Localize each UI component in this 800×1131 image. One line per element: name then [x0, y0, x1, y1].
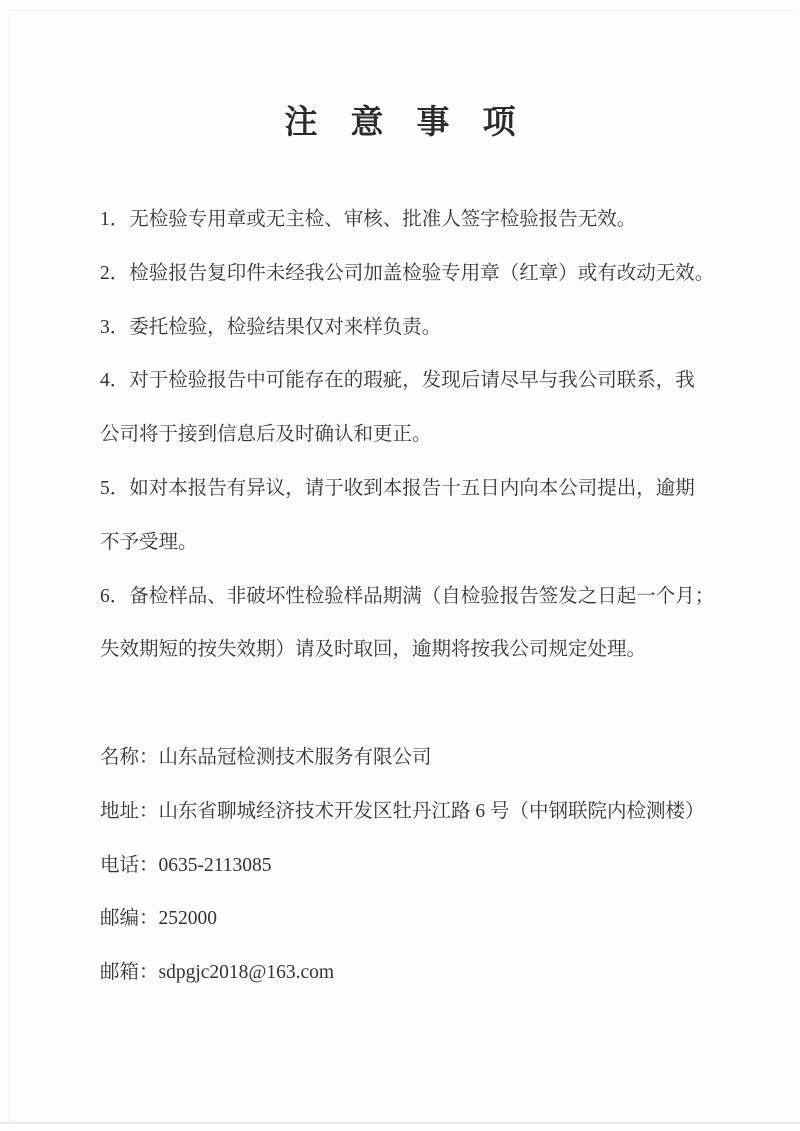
spacer-line: [100, 677, 760, 731]
contact-phone-value: 0635-2113085: [159, 855, 272, 876]
contact-postcode-value: 252000: [159, 908, 218, 929]
contact-name-label: 名称：: [100, 747, 159, 768]
note-item-4-line-2: 公司将于接到信息后及时确认和更正。: [100, 408, 760, 462]
contact-name-line: 名称：山东品冠检测技术服务有限公司: [100, 731, 760, 785]
scan-edge-left: [9, 10, 10, 1123]
note-item-2: 2．检验报告复印件未经我公司加盖检验专用章（红章）或有改动无效。: [100, 247, 760, 301]
document-page: 注 意 事 项 1．无检验专用章或无主检、审核、批准人签字检验报告无效。 2．检…: [0, 0, 800, 1131]
note-item-5-line-2: 不予受理。: [100, 516, 760, 570]
contact-email-line: 邮箱：sdpgjc2018@163.com: [100, 946, 760, 1000]
contact-address-value: 山东省聊城经济技术开发区牡丹江路 6 号（中钢联院内检测楼）: [159, 801, 705, 822]
note-item-5-line-1: 5．如对本报告有异议，请于收到本报告十五日内向本公司提出，逾期: [100, 462, 760, 516]
contact-postcode-label: 邮编：: [100, 908, 159, 929]
contact-address-line: 地址：山东省聊城经济技术开发区牡丹江路 6 号（中钢联院内检测楼）: [100, 785, 760, 839]
contact-name-value: 山东品冠检测技术服务有限公司: [159, 747, 432, 768]
scan-edge-bottom: [0, 1122, 800, 1124]
contact-postcode-line: 邮编：252000: [100, 892, 760, 946]
document-body: 1．无检验专用章或无主检、审核、批准人签字检验报告无效。 2．检验报告复印件未经…: [100, 193, 760, 1000]
contact-phone-label: 电话：: [100, 855, 159, 876]
note-item-1: 1．无检验专用章或无主检、审核、批准人签字检验报告无效。: [100, 193, 760, 247]
note-item-3: 3．委托检验，检验结果仅对来样负责。: [100, 301, 760, 355]
contact-email-value: sdpgjc2018@163.com: [159, 962, 335, 983]
contact-phone-line: 电话：0635-2113085: [100, 839, 760, 893]
contact-email-label: 邮箱：: [100, 962, 159, 983]
contact-address-label: 地址：: [100, 801, 159, 822]
note-item-6-line-1: 6．备检样品、非破坏性检验样品期满（自检验报告签发之日起一个月；: [100, 570, 760, 624]
note-item-4-line-1: 4．对于检验报告中可能存在的瑕疵，发现后请尽早与我公司联系，我: [100, 354, 760, 408]
note-item-6-line-2: 失效期短的按失效期）请及时取回，逾期将按我公司规定处理。: [100, 623, 760, 677]
scan-edge-top: [10, 10, 794, 11]
page-title: 注 意 事 项: [0, 96, 800, 143]
